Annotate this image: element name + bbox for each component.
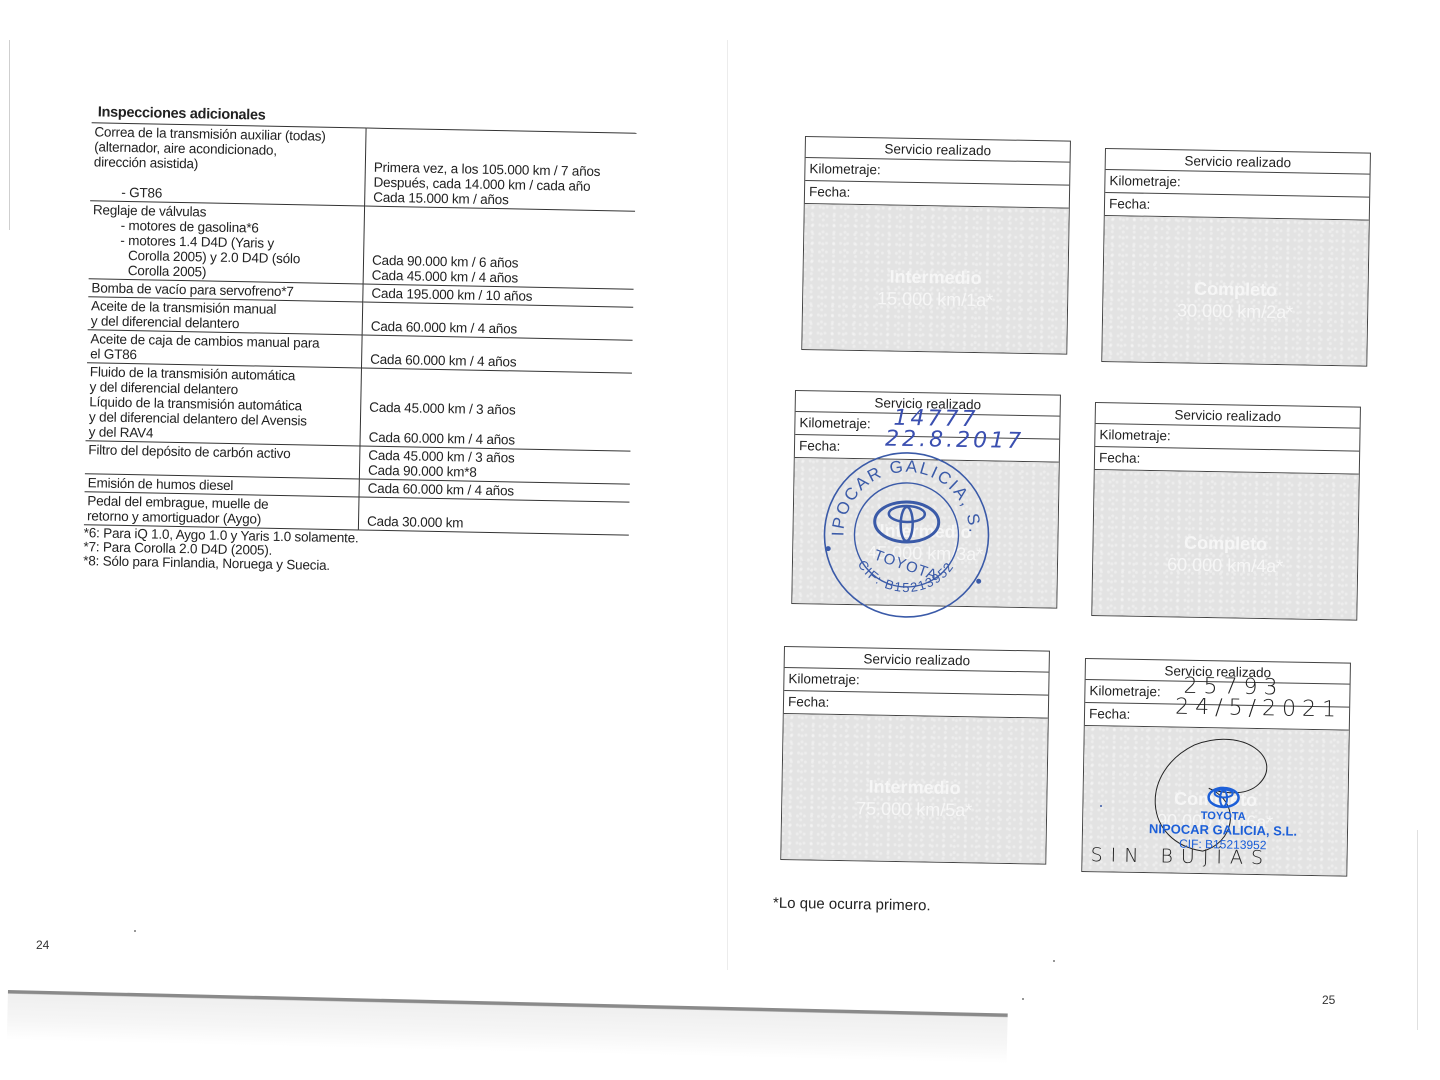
inspection-interval: Cada 45.000 km / 3 años Cada 60.000 km /… <box>360 368 632 451</box>
dealer-rect-stamp: TOYOTA NIPOCAR GALICIA, S.L. CIF: B15213… <box>1123 765 1324 853</box>
service-record-box: Servicio realizado Kilometraje: Fecha: C… <box>1091 402 1361 621</box>
inspection-item: Reglaje de válvulas- motores de gasolina… <box>89 201 365 284</box>
service-type-watermark: Intermedio 15.000 km/1a* <box>803 264 1068 313</box>
inspection-item: Correa de la transmisión auxiliar (todas… <box>90 123 366 206</box>
scan-bottom-edge <box>7 990 1008 1064</box>
table-row: Correa de la transmisión auxiliar (todas… <box>90 123 636 211</box>
mileage-label: Kilometraje: <box>1099 427 1171 443</box>
scan-speck <box>134 930 136 932</box>
service-type-panel: Intermedio 75.000 km/5a* <box>781 714 1047 864</box>
first-occurrence-note: *Lo que ocurra primero. <box>773 895 931 915</box>
inspection-item: Filtro del depósito de carbón activo <box>85 441 360 479</box>
inspection-item: Aceite de caja de cambios manual parael … <box>87 330 362 368</box>
service-type-watermark: Completo 60.000 km/4a* <box>1093 530 1358 579</box>
mileage-label: Kilometraje: <box>799 415 871 431</box>
scan-speck <box>1022 998 1024 1000</box>
item-line: Filtro del depósito de carbón activo <box>88 442 356 462</box>
mileage-label: Kilometraje: <box>788 671 860 687</box>
toyota-logo-icon <box>1206 786 1240 809</box>
service-type-interval: 75.000 km/5a* <box>782 796 1046 823</box>
service-type-interval: 30.000 km/2a* <box>1103 298 1367 325</box>
scan-page-edge-right <box>1417 830 1418 1030</box>
inspection-interval: Cada 90.000 km / 6 añosCada 45.000 km / … <box>363 206 635 289</box>
date-label: Fecha: <box>1109 196 1151 212</box>
date-label: Fecha: <box>1089 706 1131 722</box>
table-row: Reglaje de válvulas- motores de gasolina… <box>89 201 635 289</box>
handwritten-note: SIN BUJÍAS <box>1090 844 1271 869</box>
service-type-panel: Intermedio 15.000 km/1a* <box>802 204 1068 354</box>
dealer-round-stamp: NIPOCAR GALICIA, S.L. CIF: B15213952 TOY… <box>820 448 993 621</box>
date-label: Fecha: <box>1099 450 1141 466</box>
date-label: Fecha: <box>809 184 851 200</box>
mileage-label: Kilometraje: <box>1109 173 1181 189</box>
ink-speck <box>1100 805 1102 807</box>
inspection-interval: Primera vez, a los 105.000 km / 7 añosDe… <box>365 128 637 211</box>
svg-text:NIPOCAR GALICIA, S.L.: NIPOCAR GALICIA, S.L. <box>820 448 986 538</box>
mileage-label: Kilometraje: <box>809 161 881 177</box>
page-number-right: 25 <box>1322 993 1335 1007</box>
service-type-panel: Completo 60.000 km/4a* <box>1092 470 1358 620</box>
inspection-item: Aceite de la transmisión manualy del dif… <box>88 297 363 335</box>
service-record-box: Servicio realizado Kilometraje: Fecha: C… <box>1101 148 1371 367</box>
scan-speck <box>1053 960 1055 962</box>
service-type-interval: 15.000 km/1a* <box>803 286 1067 313</box>
scan-page-edge <box>9 40 10 230</box>
inspection-interval: Cada 60.000 km / 4 años <box>362 302 633 340</box>
service-record-box: Servicio realizado Kilometraje: Fecha: I… <box>780 646 1050 865</box>
page-number-left: 24 <box>36 938 49 952</box>
table-row: Fluido de la transmisión automáticay del… <box>86 363 632 451</box>
date-value[interactable]: 24/5/2021 <box>1175 697 1342 722</box>
service-type-interval: 60.000 km/4a* <box>1093 552 1357 579</box>
mileage-label: Kilometraje: <box>1089 683 1161 699</box>
service-record-box: Servicio realizado Kilometraje: 25793 Fe… <box>1081 658 1351 877</box>
inspection-item: Fluido de la transmisión automáticay del… <box>86 363 362 446</box>
date-label: Fecha: <box>788 694 830 710</box>
left-page: Inspecciones adicionales Correa de la tr… <box>69 104 643 579</box>
inspection-interval: Cada 60.000 km / 4 años <box>361 335 632 373</box>
inspection-interval: Cada 45.000 km / 3 añosCada 90.000 km*8 <box>359 446 630 484</box>
inspection-interval: Cada 30.000 km <box>358 497 629 535</box>
service-record-box: Servicio realizado Kilometraje: Fecha: I… <box>801 136 1071 355</box>
interval-line: Cada 30.000 km <box>367 514 626 534</box>
book-spine <box>727 40 728 970</box>
service-type-panel: Completo 30.000 km/2a* <box>1102 216 1368 366</box>
service-record-box: Servicio realizado Kilometraje: 14777 Fe… <box>791 390 1061 609</box>
inspections-table: Correa de la transmisión auxiliar (todas… <box>84 122 637 535</box>
service-type-panel: Completo 90.000 km/6a* TOYOTA NIPOCAR GA… <box>1082 726 1348 876</box>
service-type-watermark: Completo 30.000 km/2a* <box>1103 276 1368 325</box>
service-type-watermark: Intermedio 75.000 km/5a* <box>782 774 1047 823</box>
service-type-panel: Intermedio 45.000 km/3a* NIPOCAR GALICIA… <box>792 458 1058 608</box>
inspection-item: Pedal del embrague, muelle deretorno y a… <box>84 492 359 530</box>
